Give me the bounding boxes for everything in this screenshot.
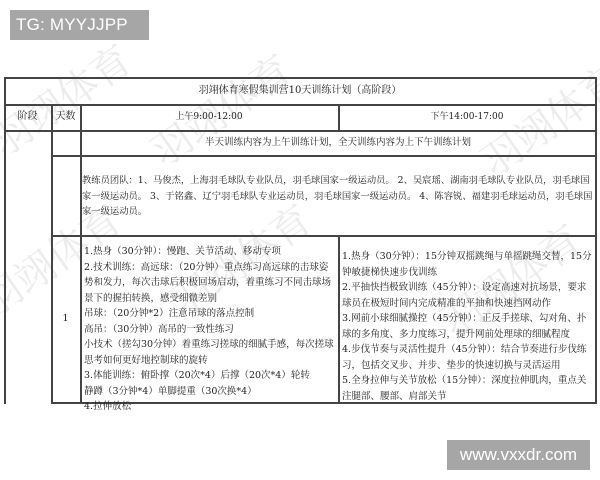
afternoon-plan: 1.热身（30分钟）：15分钟双摇跳绳与单摇跳绳交替，15分钟敏捷梯快速步伐训练…	[338, 249, 596, 404]
table-title: 羽翊体育寒假集训营10天训练计划（高阶段）	[4, 77, 596, 104]
day-number: 1	[51, 235, 80, 402]
afternoon-item: 5.全身拉伸与关节放松（15分钟）：深度拉伸肌肉，重点关注腿部、腰部、肩部关节	[342, 373, 592, 404]
afternoon-item: 3.网前小球细腻操控（45分钟）：正反手搓球、勾对角、扑球的多角度、多力度练习，…	[342, 311, 592, 342]
training-notice: 半天训练内容为上午训练计划，全天训练内容为上下午训练计划	[80, 130, 596, 155]
morning-item: 高吊：（30分钟）高吊的一致性练习	[84, 322, 334, 338]
table-border	[51, 235, 596, 237]
afternoon-item: 4.步伐节奏与灵活性提升（45分钟）：结合节奏进行步伐练习，包括交叉步、并步、垫…	[342, 342, 592, 373]
morning-item: 静蹲（3分钟*4）单脚提重（30次换*4）	[84, 384, 334, 400]
morning-item: 3.体能训练：俯卧撑（20次*4）后撑（20次*4）轮转	[84, 368, 334, 384]
coach-team-info: 教练员团队：1、马俊杰，上海羽毛球队专业队员，羽毛球国家一级运动员。 2、吴宸瑶…	[82, 173, 594, 220]
morning-plan: 1.热身（30分钟）：慢跑、关节活动、移动专项 2.技术训练：高远球：（20分钟…	[80, 244, 338, 415]
morning-item: 4.拉伸放松	[84, 399, 334, 415]
site-url-badge: www.vxxdr.com	[447, 440, 590, 470]
header-morning: 上午9:00-12:00	[80, 104, 338, 130]
morning-item: 小技术（搓勾30分钟）着重练习搓球的细腻手感，每次搓球思考如何更好地控制球的旋转	[84, 337, 334, 368]
morning-item: 1.热身（30分钟）：慢跑、关节活动、移动专项	[84, 244, 334, 260]
afternoon-item: 2.平抽快挡极致训练（45分钟）：设定高速对抗场景，要求球员在极短时间内完成精准…	[342, 280, 592, 311]
header-days: 天数	[51, 104, 80, 130]
table-border	[51, 155, 596, 157]
header-stage: 阶段	[4, 104, 51, 130]
morning-item: 2.技术训练：高远球：（20分钟）重点练习高远球的击球姿势和发力，每次击球后积极…	[84, 260, 334, 307]
header-afternoon: 下午14:00-17:00	[338, 104, 596, 130]
contact-badge: TG: MYYJJPP	[10, 10, 149, 40]
afternoon-item: 1.热身（30分钟）：15分钟双摇跳绳与单摇跳绳交替，15分钟敏捷梯快速步伐训练	[342, 249, 592, 280]
morning-item: 吊球：（20分钟*2）注意吊球的落点控制	[84, 306, 334, 322]
